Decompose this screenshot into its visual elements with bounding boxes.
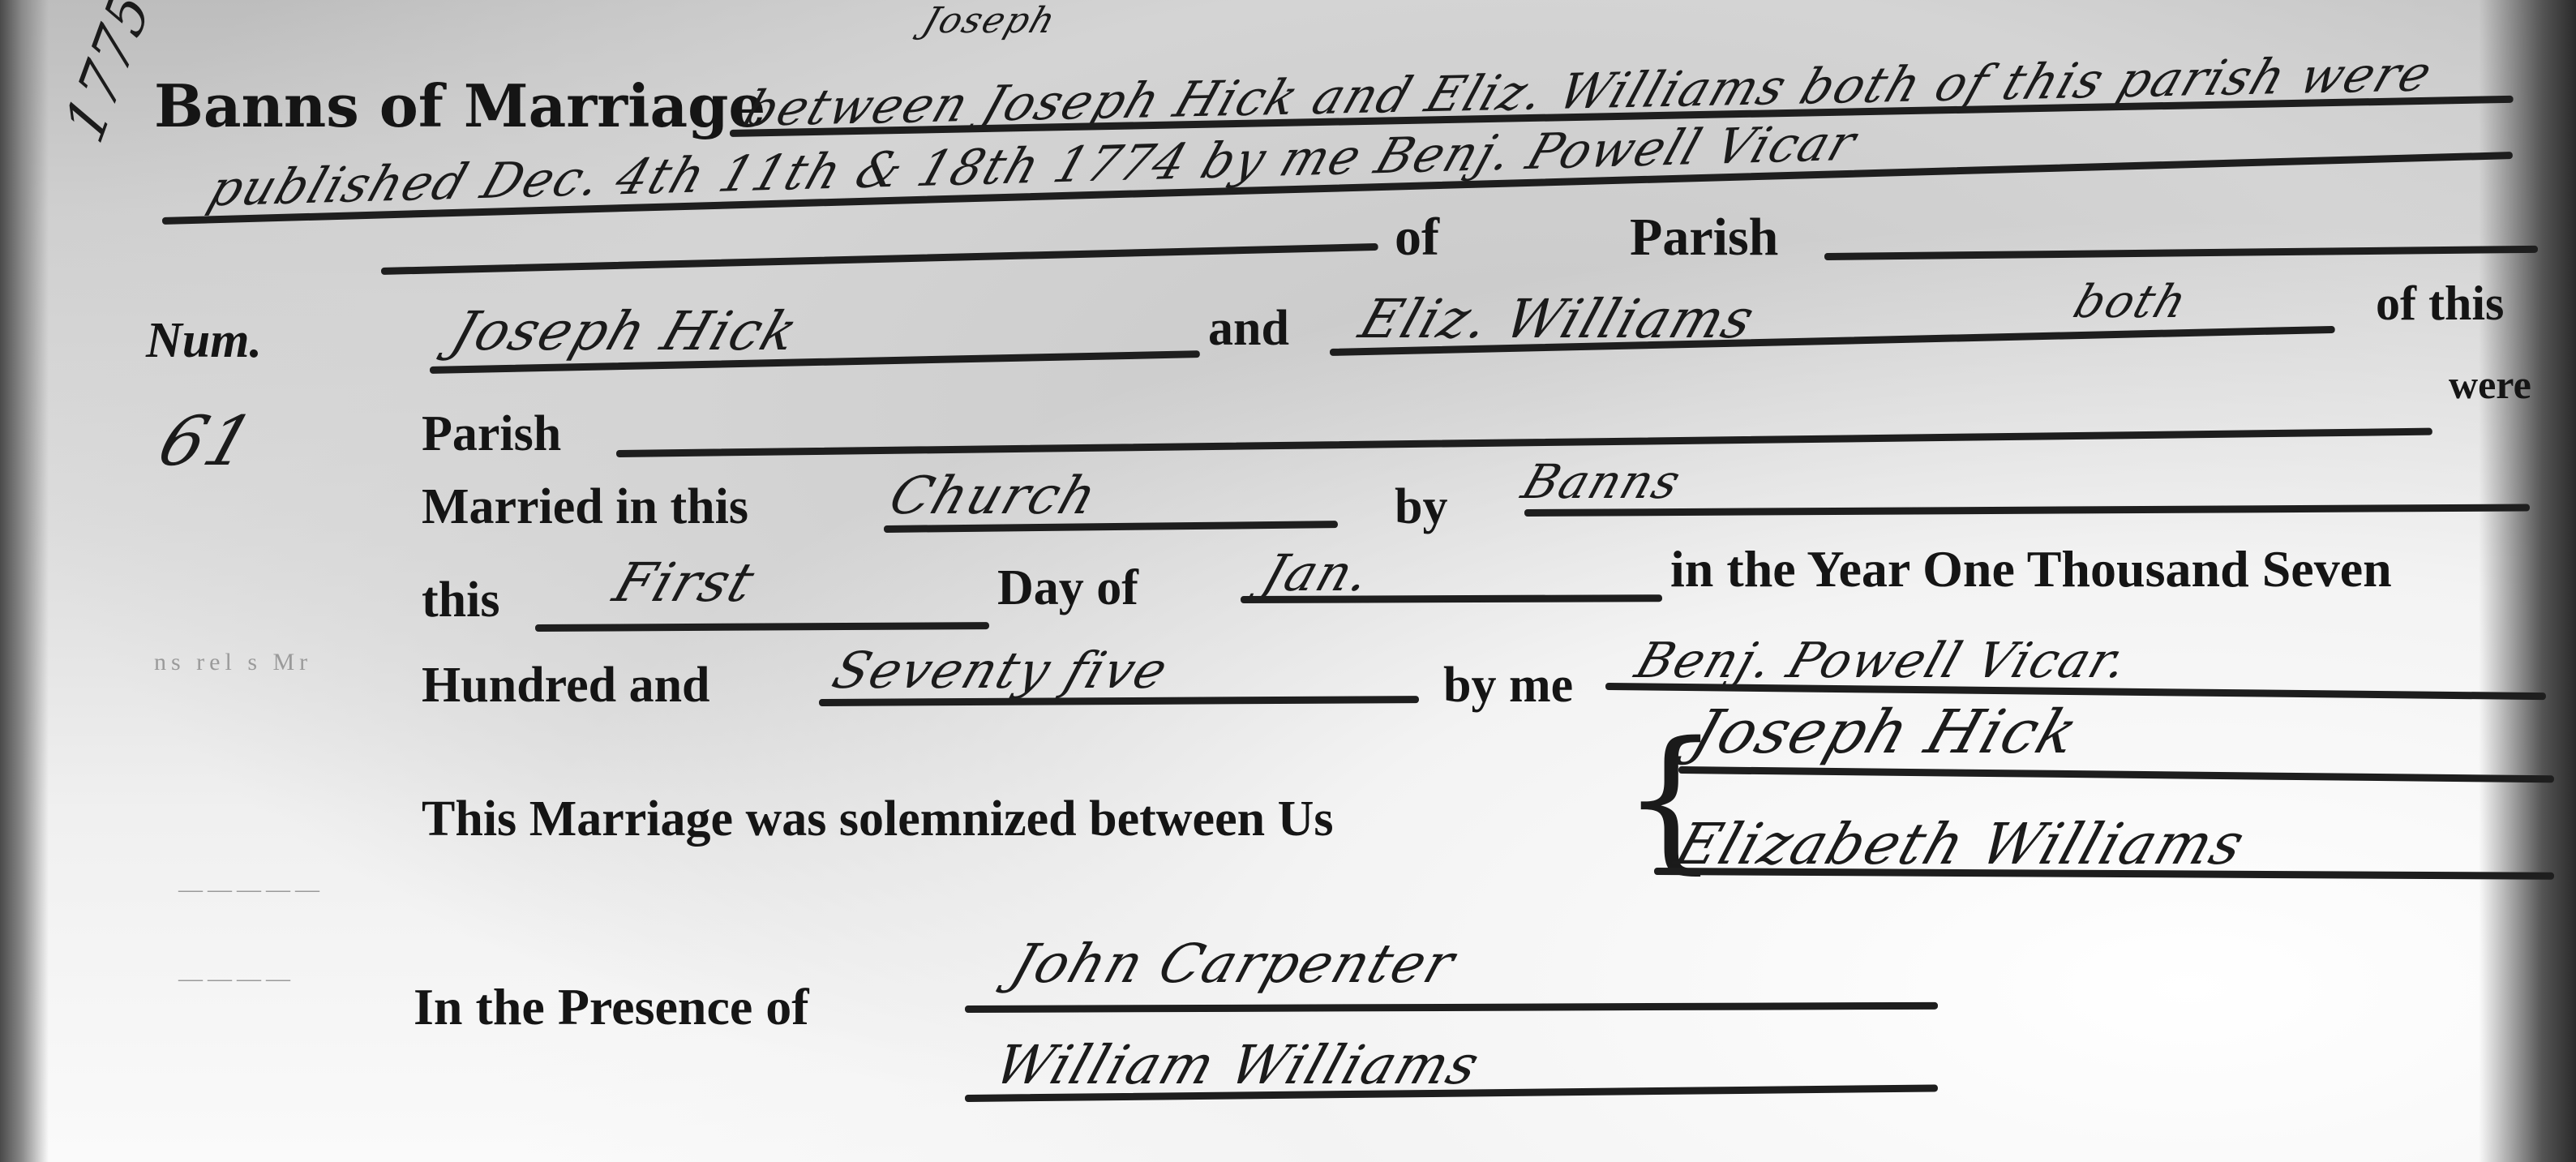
parish-rule-top [1824, 246, 2538, 260]
by-method-rule [1524, 504, 2530, 517]
witness-1-rule [965, 1002, 1938, 1013]
parish-label: Parish [422, 405, 561, 463]
margin-year: 1775 [53, 0, 163, 153]
page-edge-shadow-right [2479, 0, 2576, 1162]
and-label: and [1208, 300, 1289, 358]
witness-1: John Carpenter [1003, 933, 1464, 995]
married-label: Married in this [422, 478, 748, 536]
signature-bride-rule [1654, 868, 2554, 880]
entry-number: 61 [149, 401, 265, 481]
of-rule [381, 243, 1378, 275]
day-rule [535, 622, 989, 632]
bleed-through-mark: ns rel s Mr [154, 649, 312, 676]
bleed-through-mark: ———— [178, 965, 295, 993]
groom-name: Joseph Hick [444, 300, 807, 362]
solemnized-label: This Marriage was solemnized between Us [422, 791, 1333, 848]
signature-groom: Joseph Hick [1683, 697, 2088, 767]
signature-groom-rule [1678, 766, 2554, 783]
day-of-label: Day of [997, 560, 1138, 617]
by-label: by [1395, 478, 1447, 536]
register-page: 1775 Banns of Marriage between Joseph Hi… [0, 0, 2576, 1162]
officiant: Benj. Powell Vicar. [1629, 632, 2137, 689]
year-value: Seventy five [825, 641, 1177, 700]
num-label: Num. [146, 312, 262, 370]
parish-label-top: Parish [1630, 207, 1778, 268]
month-rule [1241, 594, 1662, 603]
married-place: Church [882, 466, 1105, 526]
page-edge-shadow-left [0, 0, 49, 1162]
banns-small-insert: Joseph [918, 0, 1062, 41]
banns-label: Banns of Marriage [154, 71, 765, 140]
this-label: this [422, 572, 499, 629]
year-label: in the Year One Thousand Seven [1670, 539, 2392, 599]
of-this-label: of this [2376, 276, 2504, 332]
parish-rule [616, 428, 2432, 457]
month-value: Jan. [1255, 543, 1379, 602]
day-value: First [606, 551, 763, 614]
witness-2: William Williams [987, 1034, 1488, 1096]
both-note: both [2067, 276, 2194, 328]
bleed-through-mark: ————— [178, 876, 324, 903]
were-label: were [2449, 361, 2531, 408]
presence-label: In the Presence of [414, 977, 809, 1037]
of-label: of [1395, 207, 1439, 268]
by-me-label: by me [1443, 657, 1573, 714]
by-method: Banns [1515, 454, 1689, 509]
hundred-label: Hundred and [422, 657, 710, 714]
